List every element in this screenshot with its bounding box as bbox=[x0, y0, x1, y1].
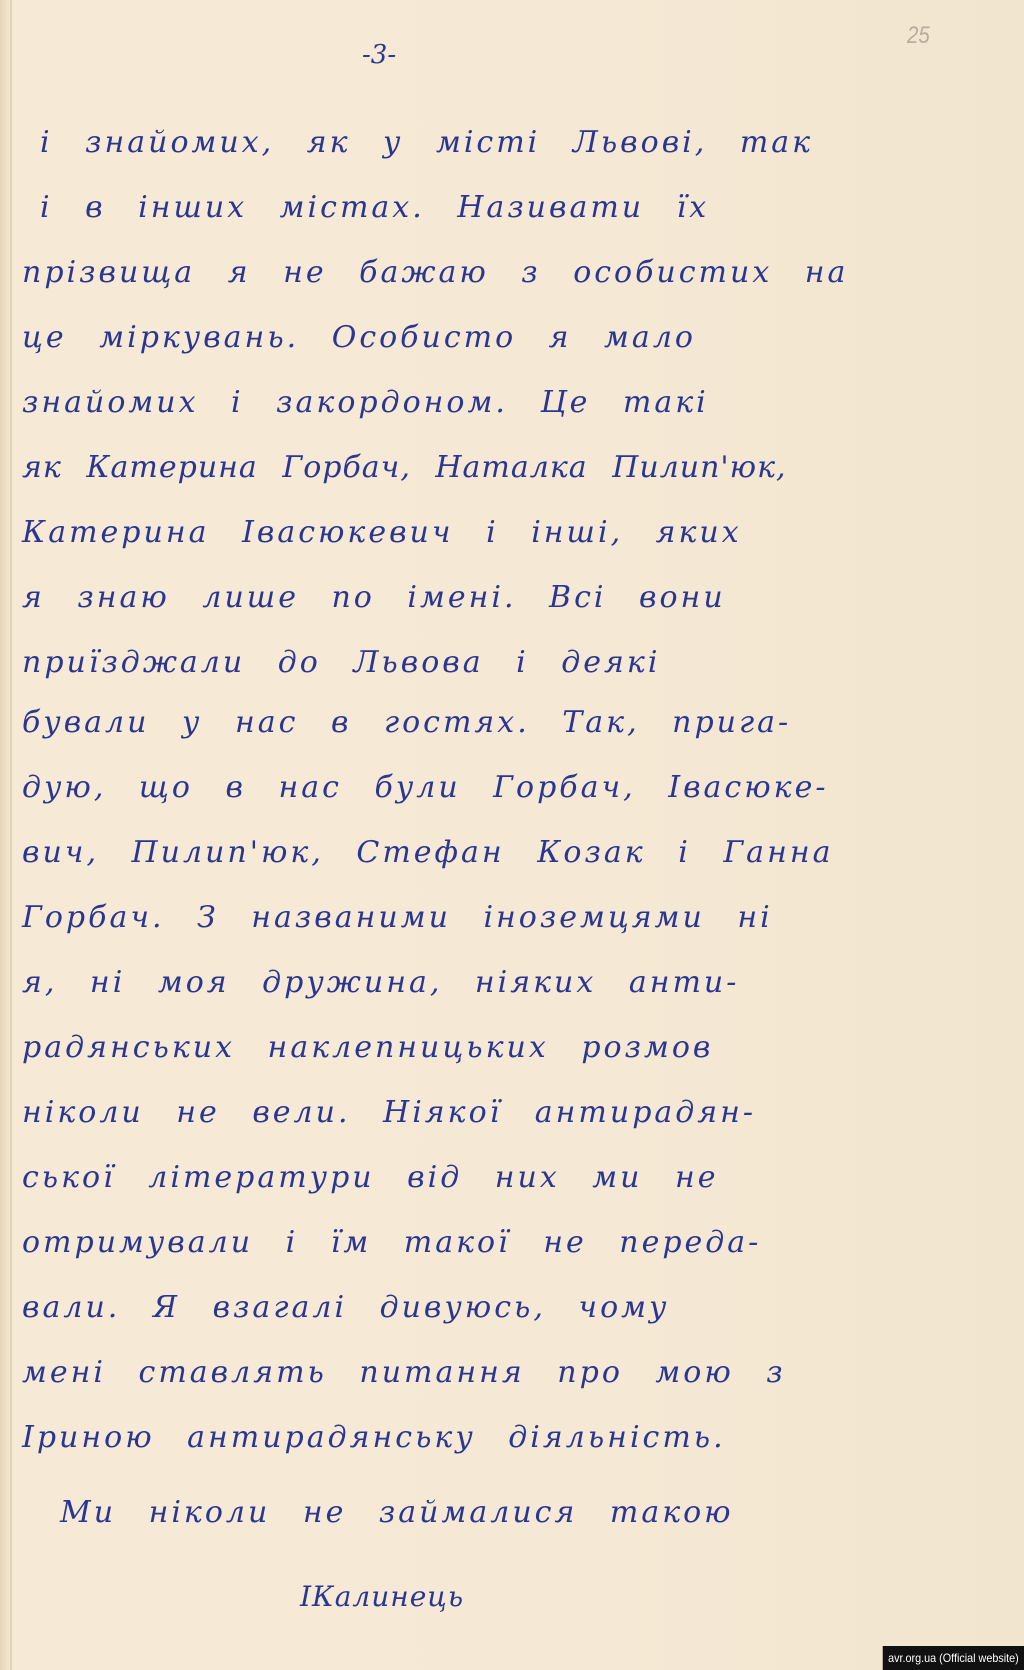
text-line-19: вали. Я взагалі дивуюсь, чому bbox=[22, 1290, 669, 1350]
text-line-8: я знаю лише по імені. Всі вони bbox=[22, 580, 726, 640]
text-line-6: як Катерина Горбач, Наталка Пилип'юк, bbox=[22, 450, 787, 510]
text-line-14: я, ні моя дружина, ніяких анти- bbox=[22, 965, 739, 1025]
archive-folio-number: 25 bbox=[907, 22, 930, 50]
text-line-20: мені ставлять питання про мою з bbox=[22, 1355, 786, 1415]
text-line-18: отримували і їм такої не переда- bbox=[22, 1225, 761, 1285]
text-line-2: і в інших містах. Називати їх bbox=[40, 190, 709, 250]
text-line-13: Горбач. З названими іноземцями ні bbox=[22, 900, 773, 960]
text-line-16: ніколи не вели. Ніякої антирадян- bbox=[22, 1095, 756, 1155]
text-line-22: Ми ніколи не займалися такою bbox=[60, 1495, 734, 1555]
signature: ІКалинець bbox=[300, 1580, 464, 1613]
text-line-17: ської літератури від них ми не bbox=[22, 1160, 719, 1220]
text-line-1: і знайомих, як у місті Львові, так bbox=[40, 125, 813, 185]
binding-edge bbox=[10, 0, 12, 1670]
text-line-15: радянських наклепницьких розмов bbox=[22, 1030, 713, 1090]
text-line-10: бували у нас в гостях. Так, прига- bbox=[22, 705, 791, 765]
text-line-4: це міркувань. Особисто я мало bbox=[22, 320, 696, 380]
document-page: 25 -3- і знайомих, як у місті Львові, та… bbox=[0, 0, 1024, 1670]
text-line-5: знайомих і закордоном. Це такі bbox=[22, 385, 709, 445]
text-line-11: дую, що в нас були Горбач, Івасюке- bbox=[22, 770, 828, 830]
text-line-7: Катерина Івасюкевич і інші, яких bbox=[22, 515, 742, 575]
text-line-9: приїзджали до Львова і деякі bbox=[22, 645, 660, 705]
text-line-21: Іриною антирадянську діяльність. bbox=[22, 1420, 726, 1480]
page-number: -3- bbox=[362, 40, 396, 70]
text-line-12: вич, Пилип'юк, Стефан Козак і Ганна bbox=[22, 835, 833, 895]
source-watermark: avr.org.ua (Official website) bbox=[883, 1646, 1024, 1670]
text-line-3: прізвища я не бажаю з особистих на bbox=[22, 255, 848, 315]
